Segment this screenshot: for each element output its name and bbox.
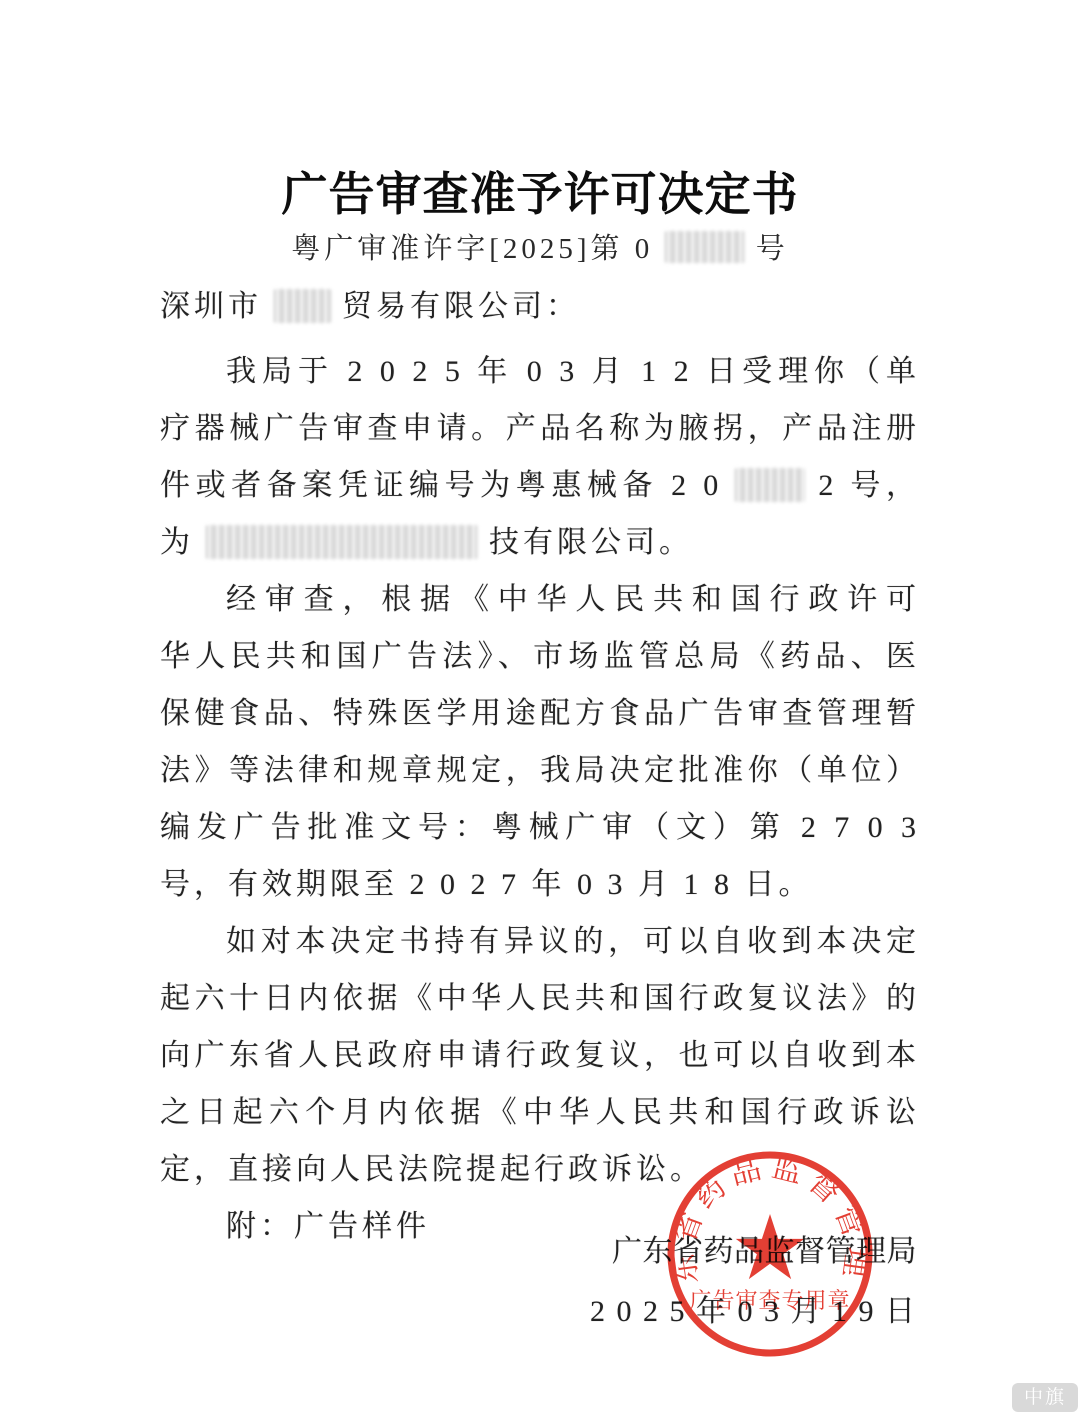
body-line: 向广东省人民政府申请行政复议，也可以自收到本决定书 [160,1027,920,1084]
body-line: 我局于 2 0 2 5 年 0 3 月 1 2 日受理你（单位）提交的医 [160,343,920,400]
recipient-line: 深圳市 贸易有限公司： [160,278,920,335]
paragraph-application: 我局于 2 0 2 5 年 0 3 月 1 2 日受理你（单位）提交的医 疗器械… [160,343,920,571]
watermark-badge: 中旗 [1012,1383,1078,1412]
redacted-document-number [665,231,745,263]
body-line: 经审查，根据《中华人民共和国行政许可法》、《中 [160,571,920,628]
paragraph-approval: 经审查，根据《中华人民共和国行政许可法》、《中 华人民共和国广告法》、市场监管总… [160,571,920,913]
body-line: 之日起六个月内依据《中华人民共和国行政诉讼法》的规 [160,1084,920,1141]
document-number-suffix: 号 [756,233,789,265]
redacted-registration-number [735,468,805,502]
body-line: 起六十日内依据《中华人民共和国行政复议法》的规定， [160,970,920,1027]
document-number-prefix: 粤广审准许字[2025]第 0 [291,233,653,265]
document-number: 粤广审准许字[2025]第 0 号 [0,226,1080,267]
redacted-recipient-name [274,289,331,323]
document-title: 广告审查准予许可决定书 [0,158,1080,224]
document-body: 深圳市 贸易有限公司： 我局于 2 0 2 5 年 0 3 月 1 2 日受理你… [160,278,920,1255]
signature-date: 2 0 2 5 年 0 3 月 1 9 日 [590,1292,917,1332]
body-line: 疗器械广告审查申请。产品名称为腋拐，产品注册证明文 [160,400,920,457]
body-line: 法》等法律和规章规定，我局决定批准你（单位）的申请 [160,742,920,799]
redacted-holder-name [206,525,478,559]
body-line: 如对本决定书持有异议的，可以自收到本决定书之日 [160,913,920,970]
body-line: 华人民共和国广告法》、市场监管总局《药品、医疗器械 [160,628,920,685]
scanned-document-page: 广告审查准予许可决定书 粤广审准许字[2025]第 0 号 深圳市 贸易有限公司… [0,0,1080,1422]
body-line: 为 技有限公司。 [160,514,920,571]
holder-suffix: 技有限公司。 [489,526,693,559]
recipient-suffix: 贸易有限公司： [342,290,580,323]
body-line: 编发广告批准文号：粤械广审（文）第 2 7 0 3 [160,799,920,856]
body-line: 定，直接向人民法院提起行政诉讼。 [160,1141,920,1198]
body-line: 保健食品、特殊医学用途配方食品广告审查管理暂行办 [160,685,920,742]
signature-block: 广东省药品监督管理局 2 0 2 5 年 0 3 月 1 9 日 [590,1232,917,1332]
approval-number-prefix: 编发广告批准文号：粤械广审（文）第 2 7 0 3 [160,811,920,844]
registration-number-prefix: 件或者备案凭证编号为粤惠械备 2 0 [160,469,722,502]
paragraph-appeal-rights: 如对本决定书持有异议的，可以自收到本决定书之日 起六十日内依据《中华人民共和国行… [160,913,920,1198]
body-line: 号，有效期限至 2 0 2 7 年 0 3 月 1 8 日。 [160,856,920,913]
holder-prefix: 为 [160,526,194,559]
recipient-prefix: 深圳市 [160,290,262,323]
signature-agency: 广东省药品监督管理局 [590,1232,917,1272]
body-line: 件或者备案凭证编号为粤惠械备 2 0 2 号，持有人 [160,457,920,514]
